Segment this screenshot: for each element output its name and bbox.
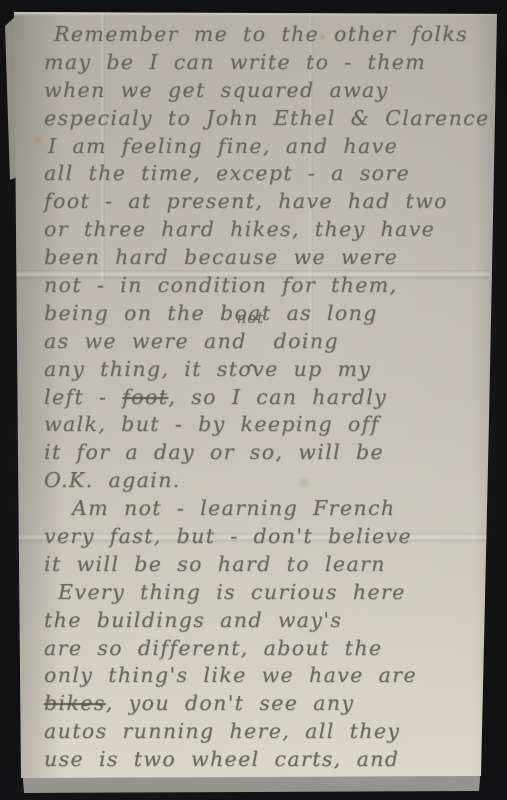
letter-text-segment: , so I can hardly: [168, 385, 387, 409]
letter-text-segment: doing: [259, 329, 339, 353]
letter-line: when we get squared away: [44, 77, 495, 105]
letter-text-segment: Remember me to the other folks: [54, 22, 468, 46]
letter-text-segment: may be I can write to - them: [44, 50, 426, 74]
insertion-caret: ^: [245, 357, 260, 385]
letter-text-segment: left -: [44, 385, 122, 409]
letter-line: very fast, but - don't believe: [44, 523, 495, 551]
stain-spot: [32, 135, 44, 145]
letter-text-segment: any thing, it stove up my: [44, 357, 371, 381]
letter-line: or three hard hikes, they have: [44, 216, 495, 244]
letter-line: as we were andnot^ doing: [44, 328, 495, 356]
letter-line: Remember me to the other folks: [44, 21, 495, 49]
letter-line: O.K. again.: [44, 467, 495, 495]
letter-line: any thing, it stove up my: [44, 356, 495, 384]
letter-line: especialy to John Ethel & Clarence: [44, 105, 495, 133]
letter-line: Every thing is curious here: [44, 579, 495, 607]
letter-line: the buildings and way's: [44, 607, 495, 635]
letter-text-segment: , you don't see any: [106, 691, 355, 715]
letter-line: may be I can write to - them: [44, 49, 495, 77]
letter-line: I am feeling fine, and have: [44, 133, 495, 161]
letter-page: Remember me to the other folksmay be I c…: [0, 0, 507, 800]
letter-line: autos running here, all they: [44, 718, 495, 746]
letter-body: Remember me to the other folksmay be I c…: [44, 21, 495, 774]
letter-text-segment: as we were and: [44, 329, 247, 353]
letter-text-segment: when we get squared away: [44, 78, 389, 102]
letter-text-segment: O.K. again.: [44, 468, 181, 492]
letter-text-segment: not - in condition for them,: [44, 273, 398, 297]
letter-line: foot - at present, have had two: [44, 188, 495, 216]
letter-text-segment: it will be so hard to learn: [44, 552, 386, 576]
struck-word: foot: [122, 385, 168, 409]
letter-line: not - in condition for them,: [44, 272, 495, 300]
letter-line: being on the boat as long: [44, 300, 495, 328]
letter-text-segment: Am not - learning French: [72, 496, 395, 520]
letter-line: all the time, except - a sore: [44, 160, 495, 188]
letter-text-segment: foot - at present, have had two: [44, 189, 448, 213]
photo-background: Remember me to the other folksmay be I c…: [0, 0, 507, 800]
letter-line: use is two wheel carts, and: [44, 746, 495, 774]
letter-text-segment: being on the boat as long: [44, 301, 378, 325]
letter-text-segment: or three hard hikes, they have: [44, 217, 435, 241]
letter-text-segment: use is two wheel carts, and: [44, 747, 399, 771]
letter-line: bikes, you don't see any: [44, 690, 495, 718]
inserted-word: not: [237, 305, 264, 333]
letter-text-segment: very fast, but - don't believe: [44, 524, 412, 548]
letter-text-segment: only thing's like we have are: [44, 663, 417, 687]
letter-text-segment: Every thing is curious here: [58, 580, 406, 604]
letter-line: are so different, about the: [44, 635, 495, 663]
letter-text-segment: especialy to John Ethel & Clarence: [44, 106, 490, 130]
struck-word: bikes: [44, 691, 106, 715]
letter-text-segment: walk, but - by keeping off: [44, 412, 380, 436]
letter-text-segment: I am feeling fine, and have: [48, 134, 398, 158]
letter-line: left - foot, so I can hardly: [44, 384, 495, 412]
letter-line: Am not - learning French: [44, 495, 495, 523]
letter-line: only thing's like we have are: [44, 662, 495, 690]
letter-line: it for a day or so, will be: [44, 439, 495, 467]
letter-line: been hard because we were: [44, 244, 495, 272]
letter-line: it will be so hard to learn: [44, 551, 495, 579]
letter-text-segment: autos running here, all they: [44, 719, 400, 743]
letter-text-segment: been hard because we were: [44, 245, 398, 269]
letter-text-segment: it for a day or so, will be: [44, 440, 384, 464]
letter-text-segment: the buildings and way's: [44, 608, 342, 632]
letter-text-segment: all the time, except - a sore: [44, 161, 410, 185]
letter-line: walk, but - by keeping off: [44, 411, 495, 439]
paper-top-edge-highlight: [14, 12, 497, 16]
letter-text-segment: are so different, about the: [44, 636, 382, 660]
